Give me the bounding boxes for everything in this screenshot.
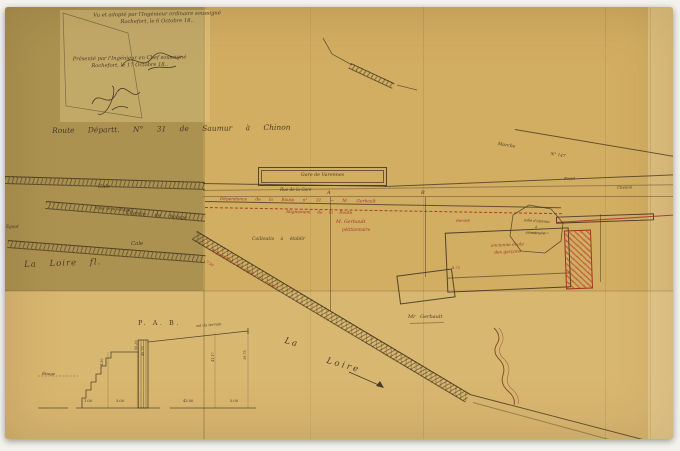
- fold-line: [310, 7, 311, 439]
- note-alignement: Alignement de la Route: [286, 210, 352, 217]
- label-remise: Remise: [456, 219, 470, 224]
- parcel-number: 8.75: [452, 266, 460, 271]
- profile-dim-4: 5.00: [230, 399, 238, 404]
- profile-level-3: 49.75: [141, 346, 145, 356]
- plan-paper-sheet: Vu et adopté par l'Ingénieur ordinaire s…: [5, 7, 673, 439]
- profile-drawing: [30, 318, 260, 418]
- profile-level-2: 50.30: [134, 340, 138, 350]
- top-right-label-numero: N° 147: [550, 151, 566, 159]
- owner-script-note: Mr Gerbault: [408, 314, 442, 321]
- note-petitioner-name: M. Gerbault: [336, 220, 365, 226]
- profile-level-1: 4.50: [100, 358, 104, 366]
- horizontal-fold-line: [5, 290, 673, 292]
- label-cale-upper: Cale: [98, 184, 110, 191]
- stream-squiggle: [478, 324, 542, 408]
- note-petitioner-role: pétitionnaire: [342, 228, 370, 234]
- top-right-label-marche: Marche: [497, 142, 516, 151]
- section-line-B: [425, 197, 426, 277]
- station-name-label: Gare de Varennes: [301, 173, 344, 179]
- levee-dimension: 7.50: [204, 260, 214, 269]
- roadside-label-fosse: Fossé: [564, 176, 575, 181]
- section-marker-b: B: [421, 190, 425, 197]
- note-alignement-mur: Alignement du mur du quai: [210, 247, 277, 290]
- right-strip-shade: [648, 7, 673, 439]
- profile-dim-3: 43.00: [183, 399, 193, 404]
- faint-parcel-outline: [55, 8, 150, 123]
- label-egout: Égout: [6, 224, 19, 229]
- scan-background: Vu et adopté par l'Ingénieur ordinaire s…: [0, 0, 680, 451]
- fold-line: [650, 7, 651, 439]
- note-cailloutis: Cailloutis à établir: [252, 237, 305, 243]
- path-polyline: [315, 32, 423, 96]
- profile-dim-1: 1.00: [84, 399, 92, 404]
- school-plot-subdivision-line: [448, 272, 570, 278]
- station-building-inner: Gare de Varennes: [261, 170, 384, 183]
- profile-label-etiage: Étiage: [42, 371, 55, 376]
- profile-level-5: 39.75: [243, 350, 247, 360]
- plan-title: Route Départt. N° 31 de Saumur à Chinon: [52, 123, 291, 136]
- plot-boundary-line: [600, 214, 601, 282]
- profile-dim-2: 3.00: [116, 399, 124, 404]
- roadside-label-chemin: Chemin: [617, 184, 632, 190]
- station-building-outline: Gare de Varennes: [258, 167, 387, 186]
- label-cale-lower: Cale: [131, 241, 143, 248]
- note-dependance: Dépendance de la Route n° 31 — M. Gerbau…: [220, 197, 376, 205]
- fold-line: [605, 7, 606, 439]
- red-hatched-building: [564, 230, 593, 290]
- river-flow-arrow: [345, 368, 390, 392]
- profile-level-4: 41.17: [211, 352, 215, 362]
- plan-content: Vu et adopté par l'Ingénieur ordinaire s…: [5, 7, 673, 439]
- section-marker-a: A: [327, 190, 331, 197]
